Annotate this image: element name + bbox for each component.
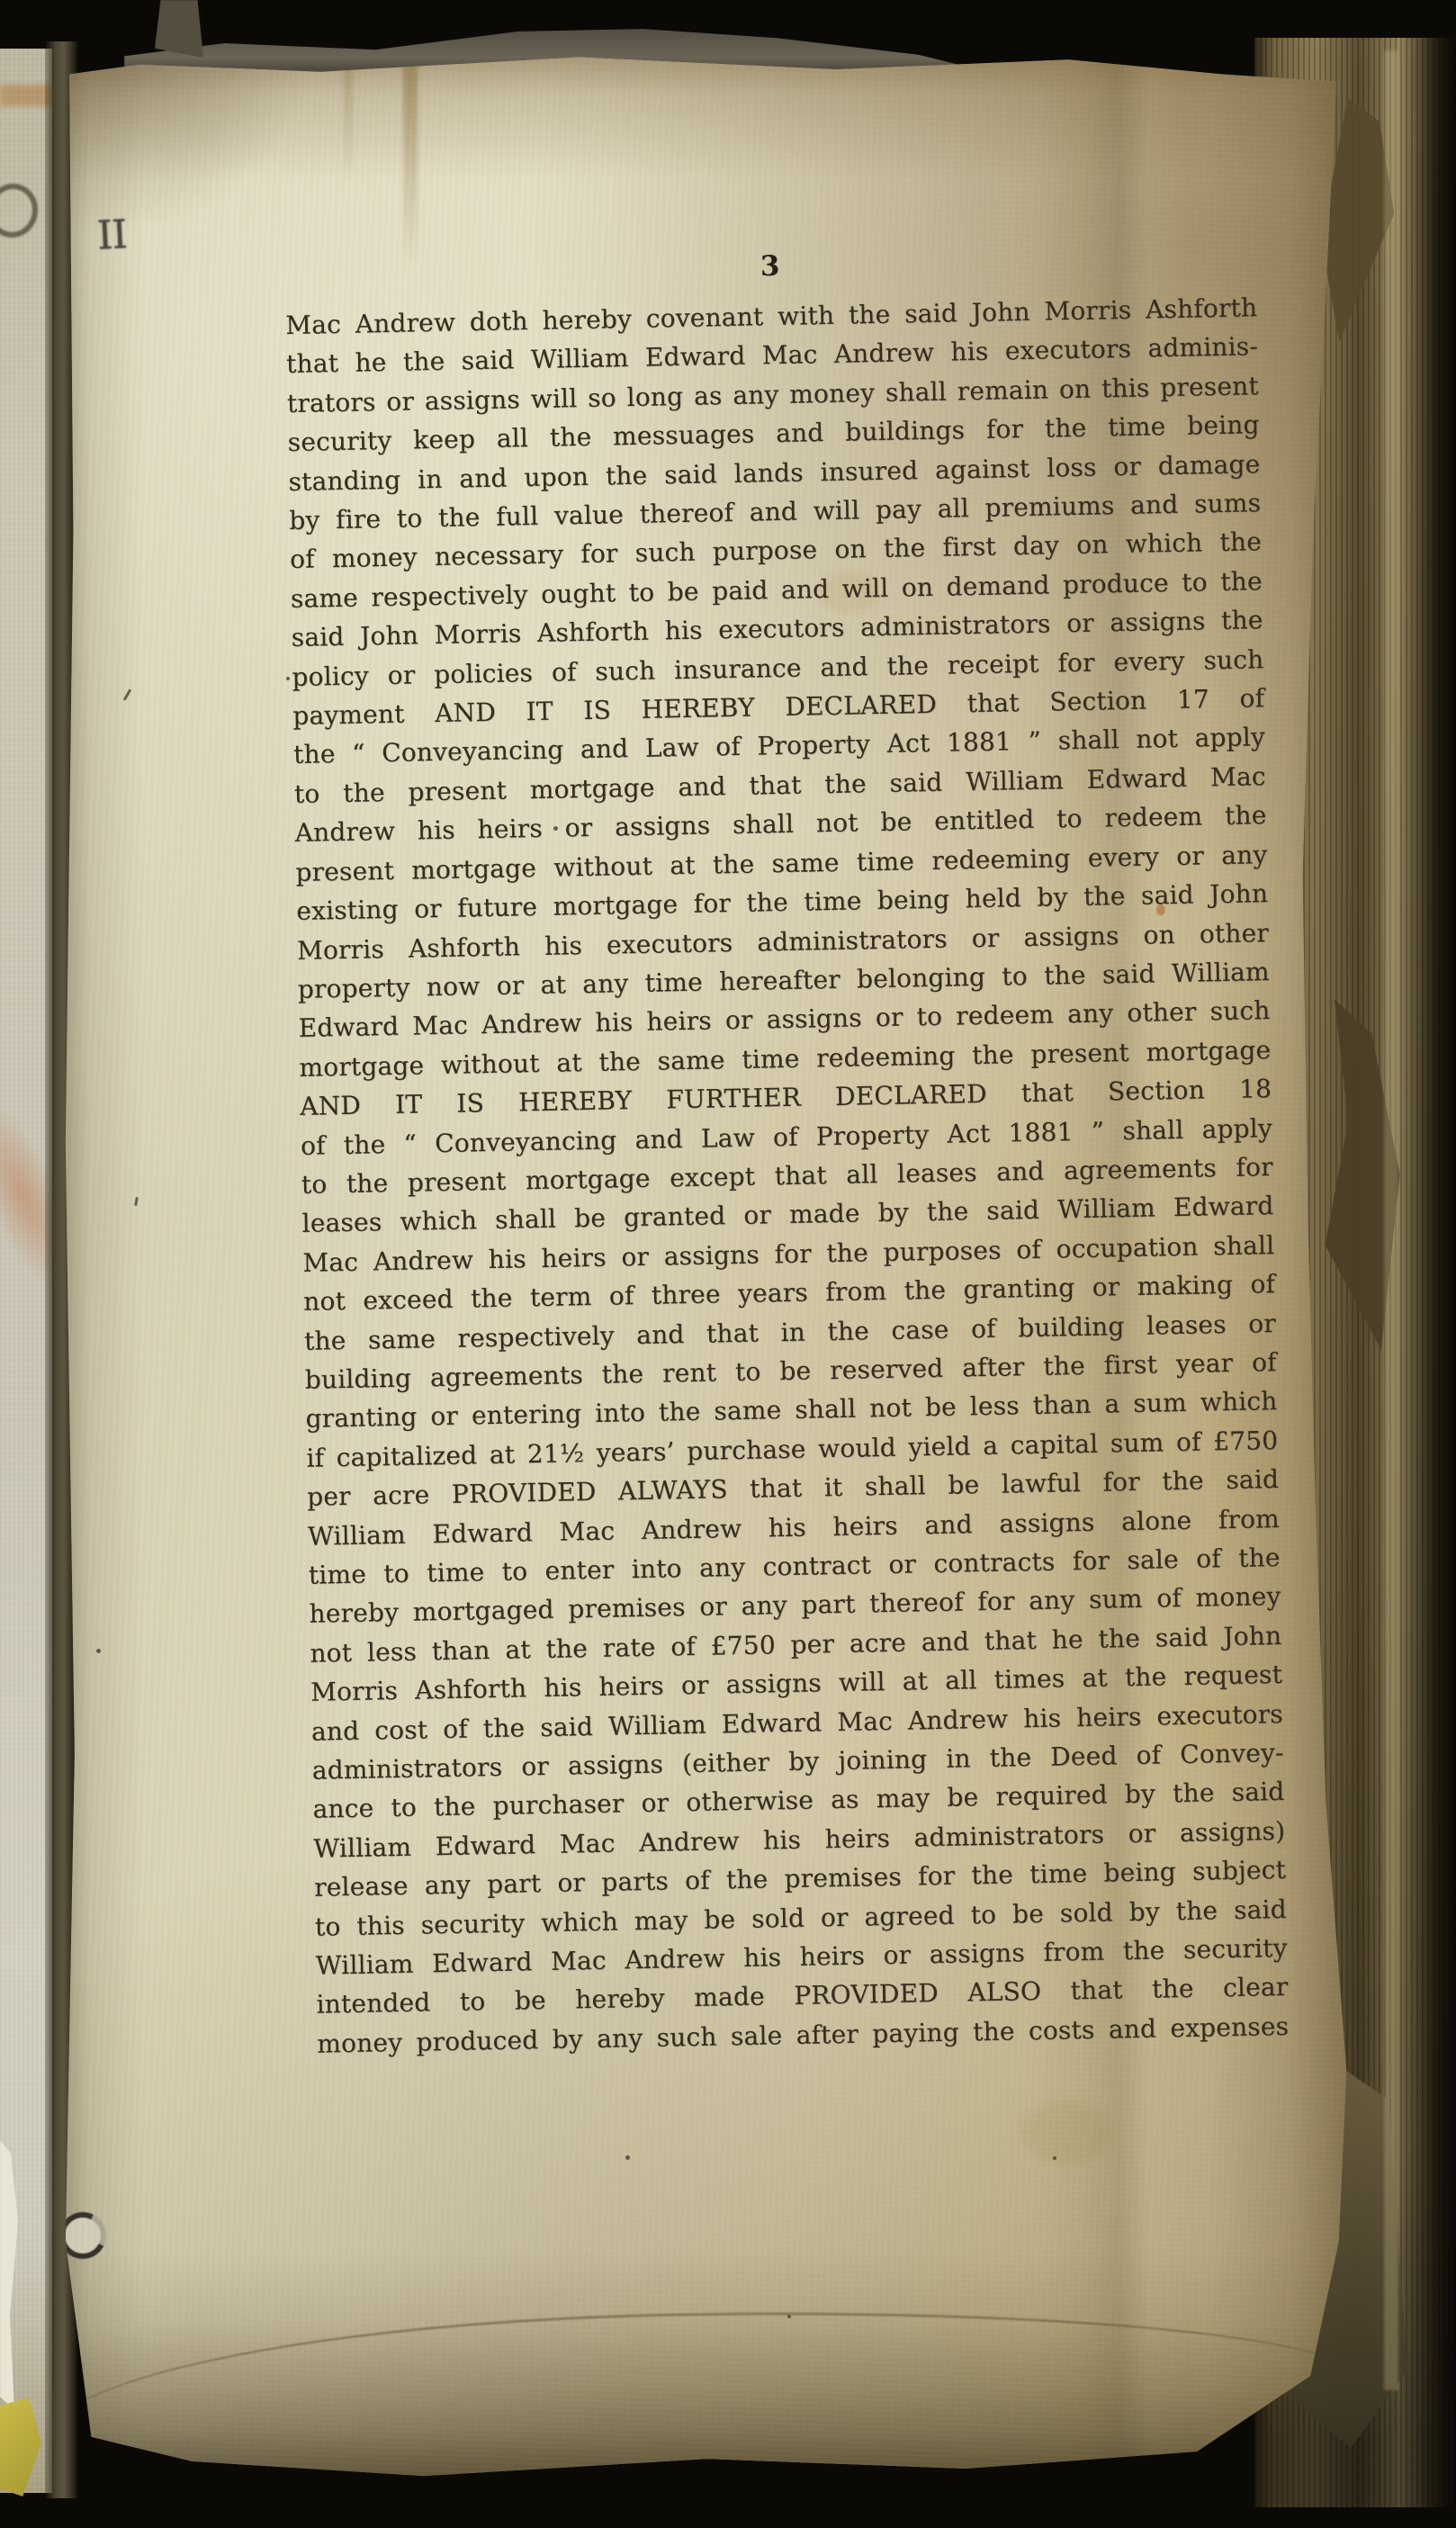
binding-cloth-tab xyxy=(155,0,203,58)
book-scan: II 3 Mac Andrew doth hereby covenant wit… xyxy=(0,0,1456,2528)
document-page: II 3 Mac Andrew doth hereby covenant wit… xyxy=(63,45,1352,2486)
ring-stain xyxy=(0,180,42,242)
margin-annotation: II xyxy=(96,211,128,259)
fox-stain xyxy=(1021,2101,1111,2164)
corner-grime xyxy=(63,45,315,234)
torn-edge-highlight xyxy=(0,2140,18,2410)
ink-speck xyxy=(1053,2156,1056,2160)
ink-speck xyxy=(286,677,290,680)
text-block: 3 Mac Andrew doth hereby covenant with t… xyxy=(284,241,1290,2064)
body-text: Mac Andrew doth hereby covenant with the… xyxy=(285,288,1290,2064)
margin-tick xyxy=(123,688,132,701)
ink-drip-stain xyxy=(403,49,418,265)
ink-speck xyxy=(625,2155,630,2160)
page-edge-highlight xyxy=(1384,50,1398,2390)
page-number: 3 xyxy=(284,241,1256,292)
ink-speck xyxy=(96,1649,101,1653)
margin-tick xyxy=(134,1197,139,1206)
